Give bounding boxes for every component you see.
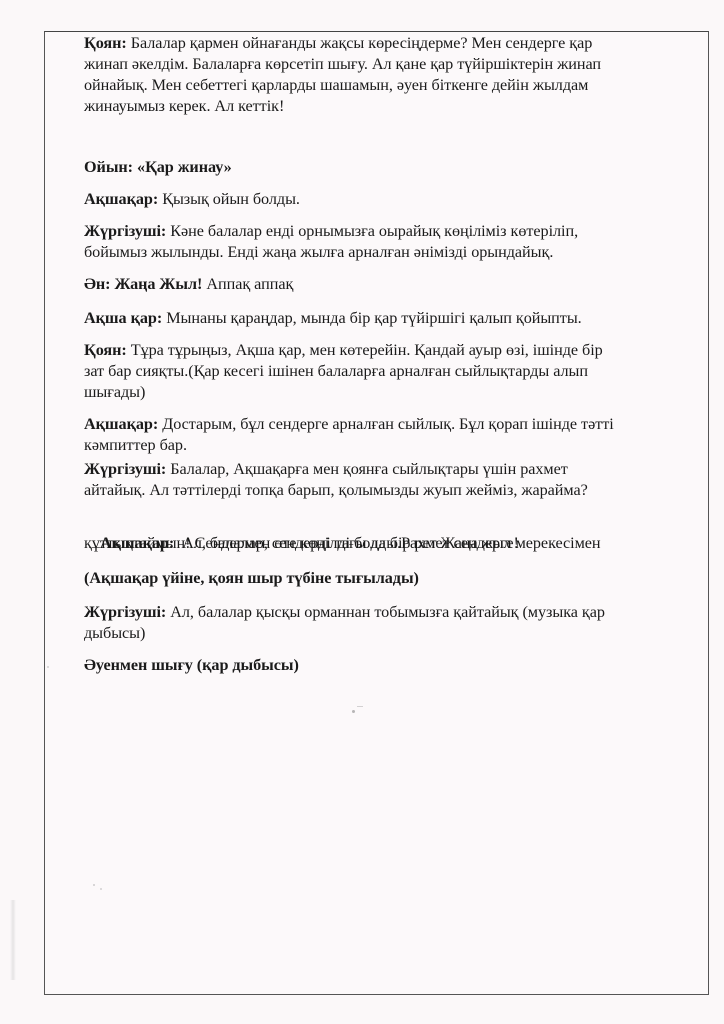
dialogue-line: дыбысы) <box>84 623 145 644</box>
dialogue-text: Мынаны қараңдар, мында бір қар түйіршігі… <box>162 309 581 327</box>
dialogue-text: зат бар сияқты.(Қар кесегі ішінен балала… <box>84 362 588 380</box>
dialogue-text: жинап әкелдім. Балаларға көрсетіп шығу. … <box>84 55 601 73</box>
song-text: Аппақ аппақ <box>202 275 293 293</box>
dialogue-text: ойнайық. Мен себеттегі қарларды шашамын,… <box>84 76 588 94</box>
speaker-label: Ақшақар: <box>84 190 158 208</box>
dialogue-line: шығады) <box>84 382 145 403</box>
speaker-label: Жүргізуші: <box>84 460 166 478</box>
dialogue-line: Ақша қар: Мынаны қараңдар, мында бір қар… <box>84 308 582 329</box>
dialogue-line: Қоян: Балалар қармен ойнағанды жақсы көр… <box>84 33 592 54</box>
dialogue-text: Ал, балалар қысқы орманнан тобымызға қай… <box>166 603 605 621</box>
scan-speck <box>357 706 363 707</box>
dialogue-line: ойнайық. Мен себеттегі қарларды шашамын,… <box>84 75 588 96</box>
scan-speck <box>100 888 102 890</box>
speaker-label: Ақша қар: <box>84 309 162 327</box>
dialogue-line: Ақшақар: Достарым, бұл сендерге арналған… <box>84 414 614 435</box>
dialogue-text: Тұра тұрыңыз, Ақша қар, мен көтерейін. Қ… <box>127 341 603 359</box>
dialogue-text: дыбысы) <box>84 624 145 642</box>
dialogue-line: Қоян: Тұра тұрыңыз, Ақша қар, мен көтере… <box>84 340 603 361</box>
dialogue-text: кәмпиттер бар. <box>84 436 187 454</box>
dialogue-line: зат бар сияқты.(Қар кесегі ішінен балала… <box>84 361 588 382</box>
dialogue-text: Достарым, бұл сендерге арналған сыйлық. … <box>158 415 614 433</box>
dialogue-line: Жүргізуші: Кәне балалар енді орнымызға о… <box>84 221 578 242</box>
dialogue-text: айтайық. Ал тәттілерді топқа барып, қолы… <box>84 481 588 499</box>
dialogue-text: Балалар, Ақшақарға мен қоянға сыйлықтары… <box>166 460 568 478</box>
dialogue-line: бойымыз жылынды. Енді жаңа жылға арналға… <box>84 242 553 263</box>
dialogue-line: кәмпиттер бар. <box>84 435 187 456</box>
dialogue-line: Жүргізуші: Ал, балалар қысқы орманнан то… <box>84 602 605 623</box>
scan-edge-artifact <box>10 900 16 980</box>
dialogue-text: жинауымыз керек. Ал кеттік! <box>84 97 284 115</box>
song-title: Ән: Жаңа Жыл! <box>84 275 202 293</box>
dialogue-text: Қызық ойын болды. <box>158 190 300 208</box>
scan-speck <box>47 666 49 668</box>
dialogue-line: айтайық. Ал тәттілерді топқа барып, қолы… <box>84 480 588 501</box>
speaker-label: Жүргізуші: <box>84 603 166 621</box>
closing-heading: Әуенмен шығу (қар дыбысы) <box>84 655 299 676</box>
dialogue-line: Ақшақар: Қызық ойын болды. <box>84 189 300 210</box>
speaker-label: Қоян: <box>84 341 127 359</box>
section-heading-game: Ойын: «Қар жинау» <box>84 157 232 178</box>
speaker-label: Қоян: <box>84 34 127 52</box>
speaker-label: Жүргізуші: <box>84 222 166 240</box>
scan-speck <box>352 710 355 713</box>
stage-direction: (Ақшақар үйіне, қоян шыр түбіне тығылады… <box>84 568 419 589</box>
dialogue-line: Жүргізуші: Балалар, Ақшақарға мен қоянға… <box>84 459 568 480</box>
dialogue-text: құттықтаймын! Сендермен өте көңілді болд… <box>84 534 519 552</box>
dialogue-line: жинауымыз керек. Ал кеттік! <box>84 96 284 117</box>
dialogue-text: Кәне балалар енді орнымызға оырайық көңі… <box>166 222 578 240</box>
dialogue-text: шығады) <box>84 383 145 401</box>
dialogue-text: Балалар қармен ойнағанды жақсы көресіңде… <box>127 34 593 52</box>
dialogue-text: бойымыз жылынды. Енді жаңа жылға арналға… <box>84 243 553 261</box>
scan-speck <box>93 884 95 886</box>
dialogue-line: жинап әкелдім. Балаларға көрсетіп шығу. … <box>84 54 601 75</box>
speaker-label: Ақшақар: <box>84 415 158 433</box>
dialogue-line: құттықтаймын! Сендермен өте көңілді болд… <box>84 533 519 554</box>
song-line: Ән: Жаңа Жыл! Аппақ аппақ <box>84 274 293 295</box>
